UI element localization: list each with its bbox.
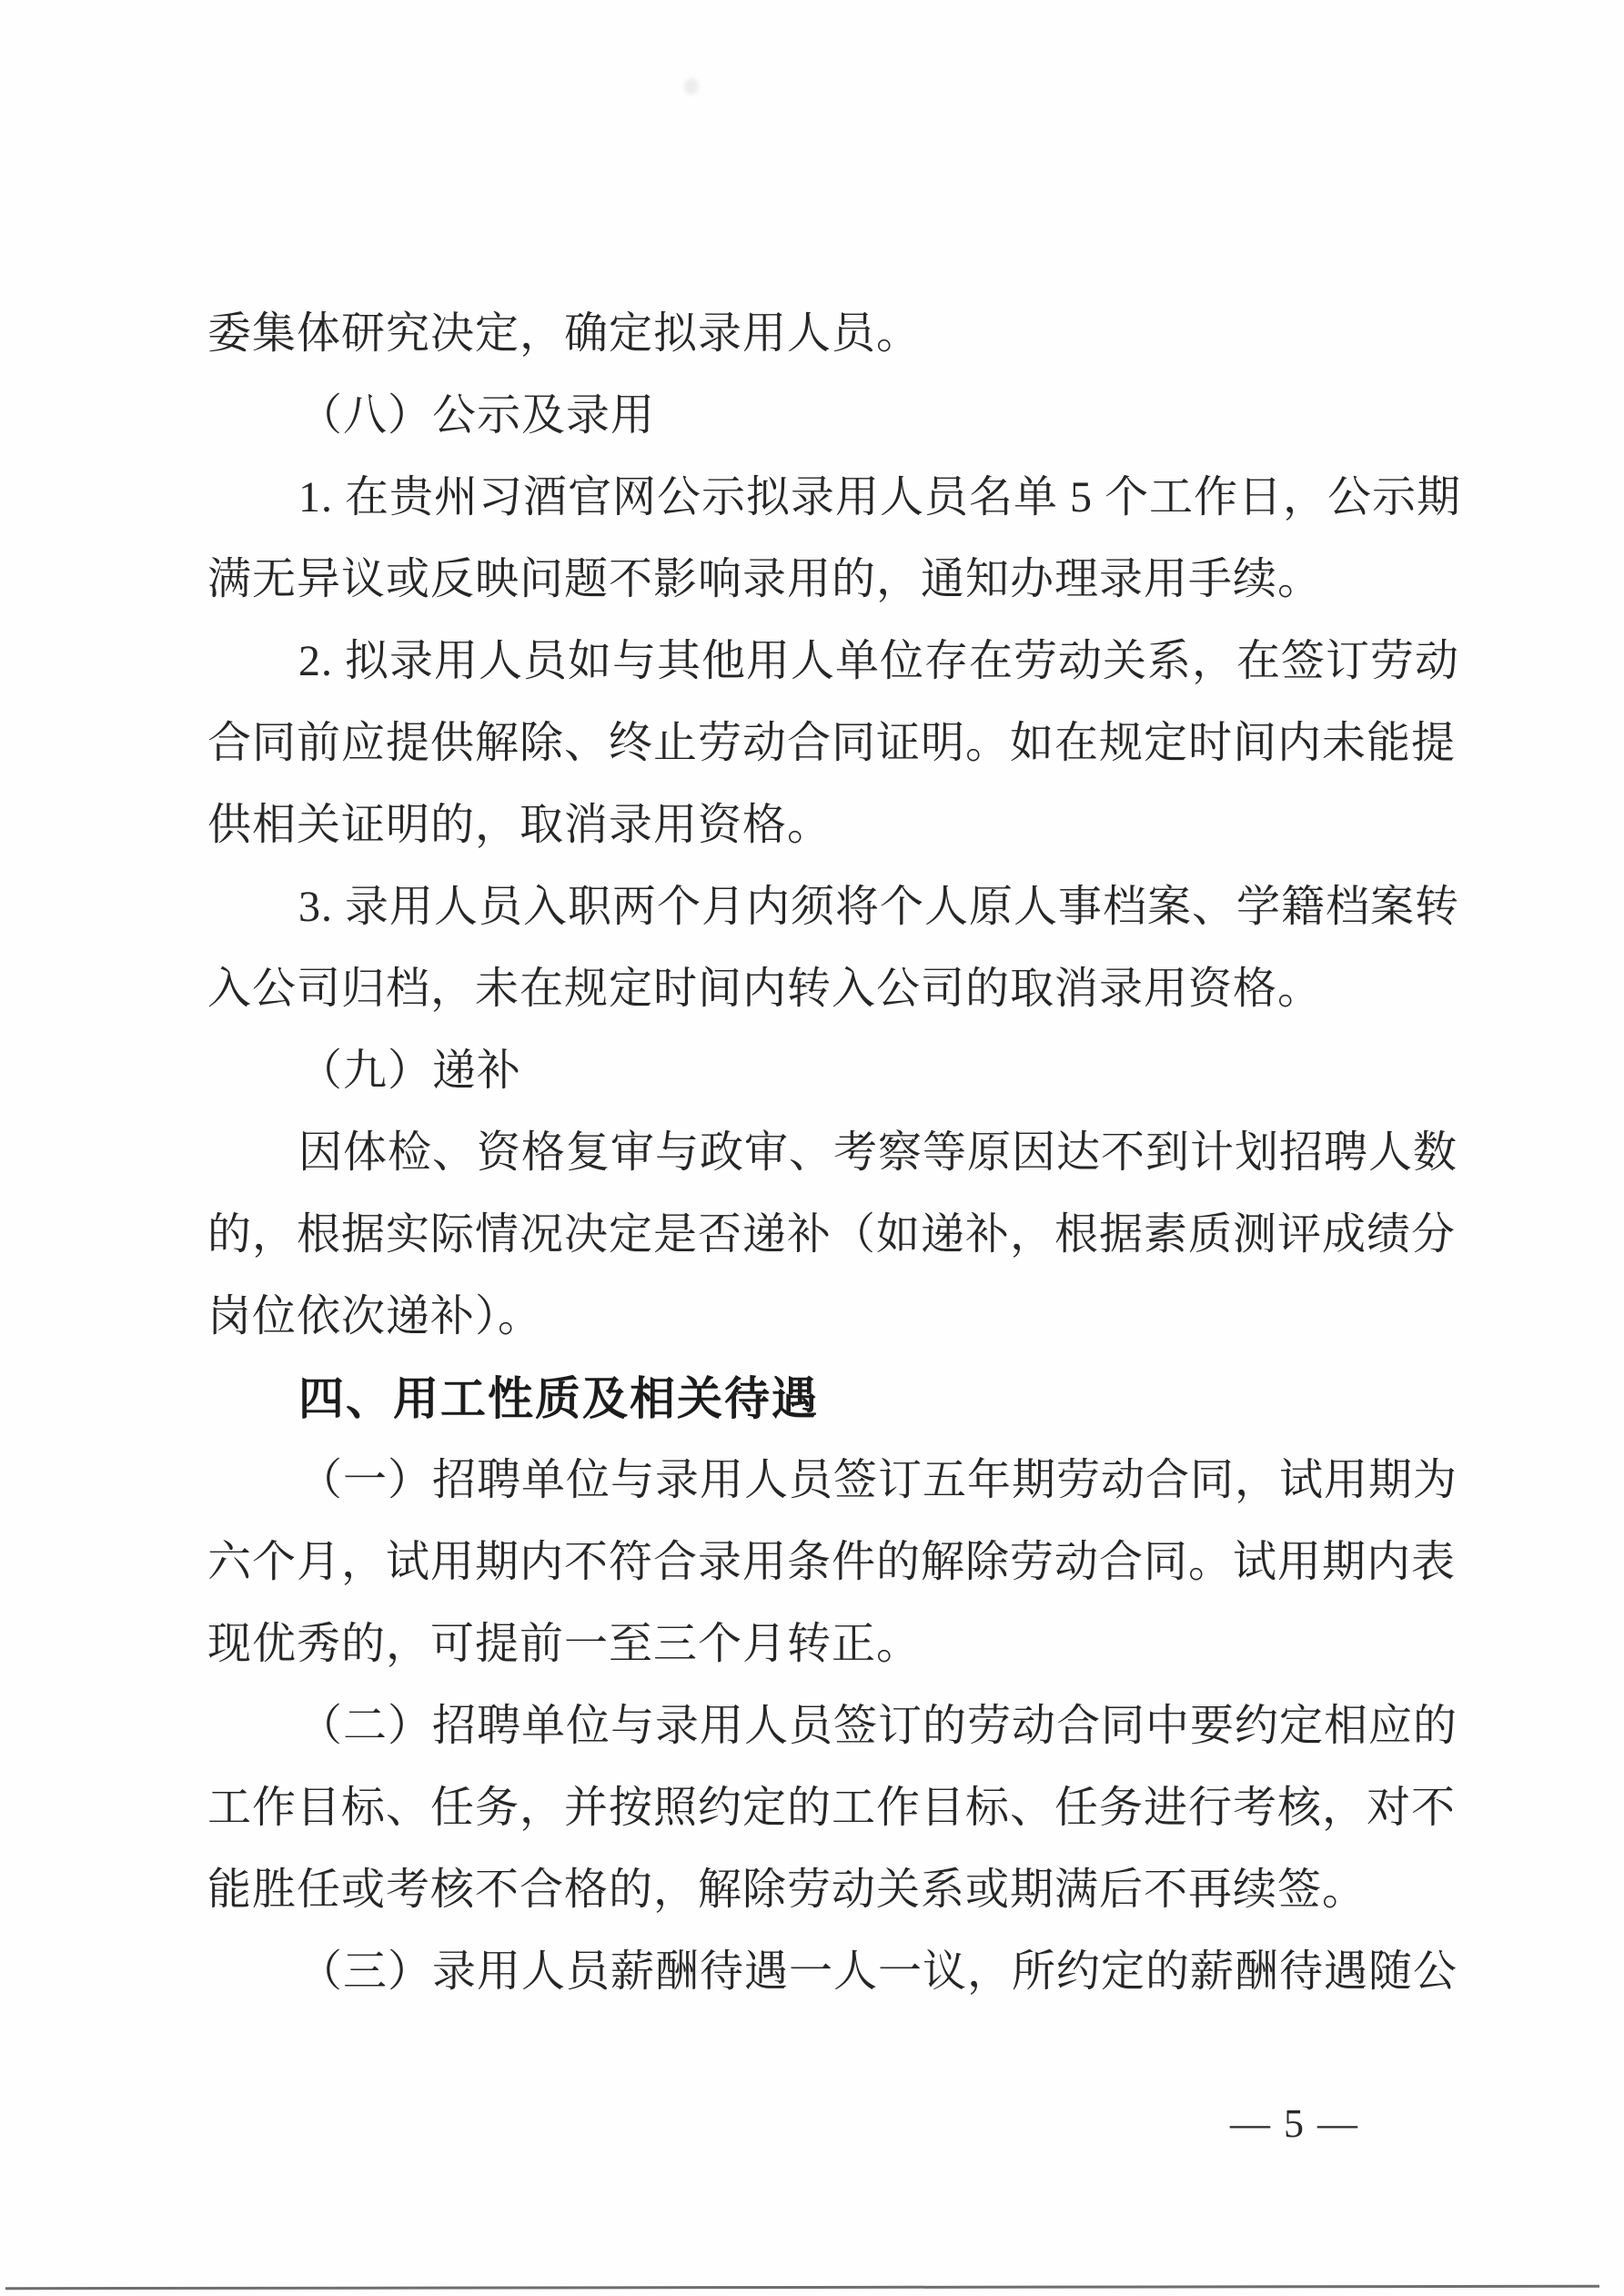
- text-line: （一）招聘单位与录用人员签订五年期劳动合同，试用期为: [207, 1440, 1445, 1522]
- text-line: 现优秀的，可提前一至三个月转正。: [207, 1603, 1445, 1685]
- text-line: 能胜任或考核不合格的，解除劳动关系或期满后不再续签。: [207, 1849, 1445, 1931]
- text-line: 的，根据实际情况决定是否递补（如递补，根据素质测评成绩分: [207, 1194, 1445, 1276]
- text-line: 3. 录用人员入职两个月内须将个人原人事档案、学籍档案转: [207, 866, 1445, 948]
- scan-edge-artifact-line: [5, 2285, 1599, 2290]
- text-line: 工作目标、任务，并按照约定的工作目标、任务进行考核，对不: [207, 1767, 1445, 1849]
- scan-smudge-artifact: [684, 78, 699, 95]
- text-line: （二）招聘单位与录用人员签订的劳动合同中要约定相应的: [207, 1685, 1445, 1767]
- text-line: （八）公示及录用: [207, 375, 1445, 457]
- text-line: 合同前应提供解除、终止劳动合同证明。如在规定时间内未能提: [207, 703, 1445, 784]
- text-line: （三）录用人员薪酬待遇一人一议，所约定的薪酬待遇随公: [207, 1931, 1445, 2013]
- text-line: 入公司归档，未在规定时间内转入公司的取消录用资格。: [207, 948, 1445, 1030]
- text-line: （九）递补: [207, 1030, 1445, 1112]
- page-number: — 5 —: [1230, 2100, 1359, 2147]
- text-line: 岗位依次递补）。: [207, 1276, 1445, 1358]
- text-line: 1. 在贵州习酒官网公示拟录用人员名单 5 个工作日，公示期: [207, 457, 1445, 539]
- section-heading-line: 四、用工性质及相关待遇: [207, 1358, 1445, 1440]
- text-line: 六个月，试用期内不符合录用条件的解除劳动合同。试用期内表: [207, 1522, 1445, 1603]
- text-line: 委集体研究决定，确定拟录用人员。: [207, 293, 1445, 375]
- text-line: 因体检、资格复审与政审、考察等原因达不到计划招聘人数: [207, 1112, 1445, 1194]
- text-line: 满无异议或反映问题不影响录用的，通知办理录用手续。: [207, 539, 1445, 621]
- document-body-text: 委集体研究决定，确定拟录用人员。（八）公示及录用1. 在贵州习酒官网公示拟录用人…: [207, 293, 1445, 2013]
- scanned-document-page: 委集体研究决定，确定拟录用人员。（八）公示及录用1. 在贵州习酒官网公示拟录用人…: [0, 0, 1624, 2296]
- text-line: 2. 拟录用人员如与其他用人单位存在劳动关系，在签订劳动: [207, 621, 1445, 703]
- text-line: 供相关证明的，取消录用资格。: [207, 784, 1445, 866]
